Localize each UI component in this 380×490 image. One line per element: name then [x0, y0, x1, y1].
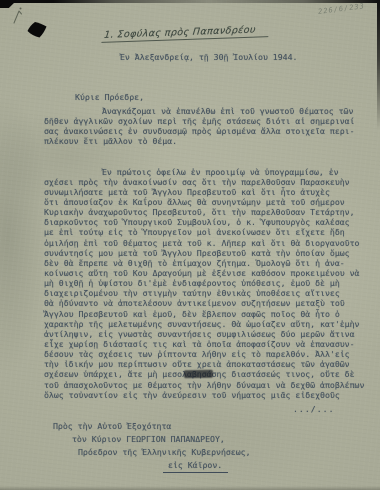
- overtyped-correction-smudge: [184, 370, 213, 379]
- typed-line: Ἄγγλου Πρεσβευτοῦ καὶ ἐμοῦ, δὲν ἔβλεπον …: [44, 309, 364, 319]
- typed-line: δέσουν τὰς σχέσεις των ῥίπτοντα λήθην εἰ…: [44, 349, 364, 359]
- typed-line: θὰ ἠδύναντο νὰ ἀποτελέσουν ἀντικείμενον …: [44, 298, 364, 308]
- typed-line: τὴν ἰδικήν μου περίπτωσιν οὔτε χρειὰ ἀπο…: [44, 359, 364, 369]
- letter-body: Ἀναγκάζομαι νὰ ἐπανέλθω ἐπὶ τοῦ γνωστοῦ …: [44, 106, 364, 400]
- scanned-letter-page: 226/6/233 1. Σοφύλας πρὸς Παπανδρέου Ἐν …: [0, 0, 380, 490]
- typed-line: ὅλως τοὐναντίον εἰς τὴν ἀνεύρεσιν τοῦ νή…: [44, 390, 364, 400]
- addressee-line-title: Πρόεδρον τῆς Ἑλληνικῆς Κυβερνήσεως,: [78, 447, 251, 457]
- typed-line: δῆθεν ἀγγλικῶν σχολίων περὶ τῆς ἐμῆς στά…: [44, 116, 364, 126]
- typed-line: εἶχε χωρίσῃ διάστασίς τις καὶ τὰ ὁποῖα ἀ…: [44, 339, 364, 349]
- handwritten-header-note: 1. Σοφύλας πρὸς Παπανδρέου: [101, 24, 269, 43]
- typed-line: χαρακτὴρ τῆς μελετωμένης συναντήσεως. Θὰ…: [44, 319, 364, 329]
- typed-line: συνωμιλήσατε μετὰ τοῦ Ἄγγλου Πρεσβευτοῦ …: [44, 187, 364, 197]
- typed-line: ὁμιλήσῃ ἐπὶ τοῦ θέματος μετὰ τοῦ κ. Λῆπε…: [44, 238, 364, 248]
- typed-line: Ἐν πρώτοις ὀφείλω ἐν προοιμίῳ νὰ ὑπογραμ…: [44, 167, 364, 177]
- typed-line: διαχειριζομένου τὴν στιγμὴν ταύτην ἐθνικ…: [44, 288, 364, 298]
- paragraph-1: Ἀναγκάζομαι νὰ ἐπανέλθω ἐπὶ τοῦ γνωστοῦ …: [44, 106, 364, 147]
- typed-line: με ἐπὶ τούτῳ εἰς τὸ Ὑπουργεῖον μοὶ ἀνεκο…: [44, 227, 364, 237]
- typed-line: σχέσει πρὸς τὴν ἀνακοίνωσίν σας ὅτι τὴν …: [44, 177, 364, 187]
- typed-line: πλέκουν ἔτι μᾶλλον τὸ θέμα.: [44, 136, 364, 146]
- typed-line: μὴ θιχθῇ ἡ ὑψίστου δι'ἐμὲ ἐνδιαφέροντος …: [44, 278, 364, 288]
- ink-blot-icon: [26, 21, 48, 39]
- addressee-line-honorific: Πρὸς τὴν Αὐτοῦ Ἐξοχότητα: [53, 421, 171, 431]
- scan-edge-bottom: [0, 486, 380, 490]
- typed-line: συνάντησίς μου μετὰ τοῦ Ἄγγλου Πρεσβευτο…: [44, 248, 364, 258]
- typed-line: διαρκοῦντος τοῦ Ὑπουργικοῦ Συμβουλίου, ὁ…: [44, 217, 364, 227]
- typed-line: ἀντίληψιν, εἰς γνωστὰς συναντήσεις συμφι…: [44, 329, 364, 339]
- addressee-line-name: τὸν Κύριον ΓΕΩΡΓΙΟΝ ΠΑΠΑΝΔΡΕΟΥ,: [72, 434, 225, 444]
- dateline: Ἐν Ἀλεξανδρείᾳ, τῇ 30ῇ Ἰουλίου 1944.: [120, 52, 297, 62]
- archive-number: 226/6/233: [318, 2, 366, 16]
- paragraph-2: Ἐν πρώτοις ὀφείλω ἐν προοιμίῳ νὰ ὑπογραμ…: [44, 167, 364, 400]
- continuation-mark: .../...: [293, 404, 335, 414]
- typed-line: κοίνωσις αὕτη τοῦ Κου Δραγούμη μὲ ἐξένισ…: [44, 268, 364, 278]
- typed-line: ὅτι ἀπουσίαζον ἐκ Καΐρου ἄλλως θὰ συνηντ…: [44, 197, 364, 207]
- scan-edge-top: [0, 0, 380, 3]
- typed-line: δὲν θὰ ἔπρεπε νὰ θιχθῇ τὸ ἐπίμαχον ζήτημ…: [44, 258, 364, 268]
- typed-line: τοῦ ἀπασχολοῦντος με θέματος τὴν λήθην δ…: [44, 380, 364, 390]
- salutation: Κύριε Πρόεδρε,: [75, 92, 144, 102]
- typed-line: Κυριακὴν ἀναχωροῦντος Πρεσβευτοῦ, ὅτι τὴ…: [44, 207, 364, 217]
- typed-line: σας ἀνακοινώσεις ἐν συνδυασμῷ πρὸς ὡρισμ…: [44, 126, 364, 136]
- pencil-scribble-icon: [10, 6, 26, 26]
- addressee-line-city: εἰς Κάϊρον.: [163, 460, 228, 473]
- typed-line: Ἀναγκάζομαι νὰ ἐπανέλθω ἐπὶ τοῦ γνωστοῦ …: [44, 106, 364, 116]
